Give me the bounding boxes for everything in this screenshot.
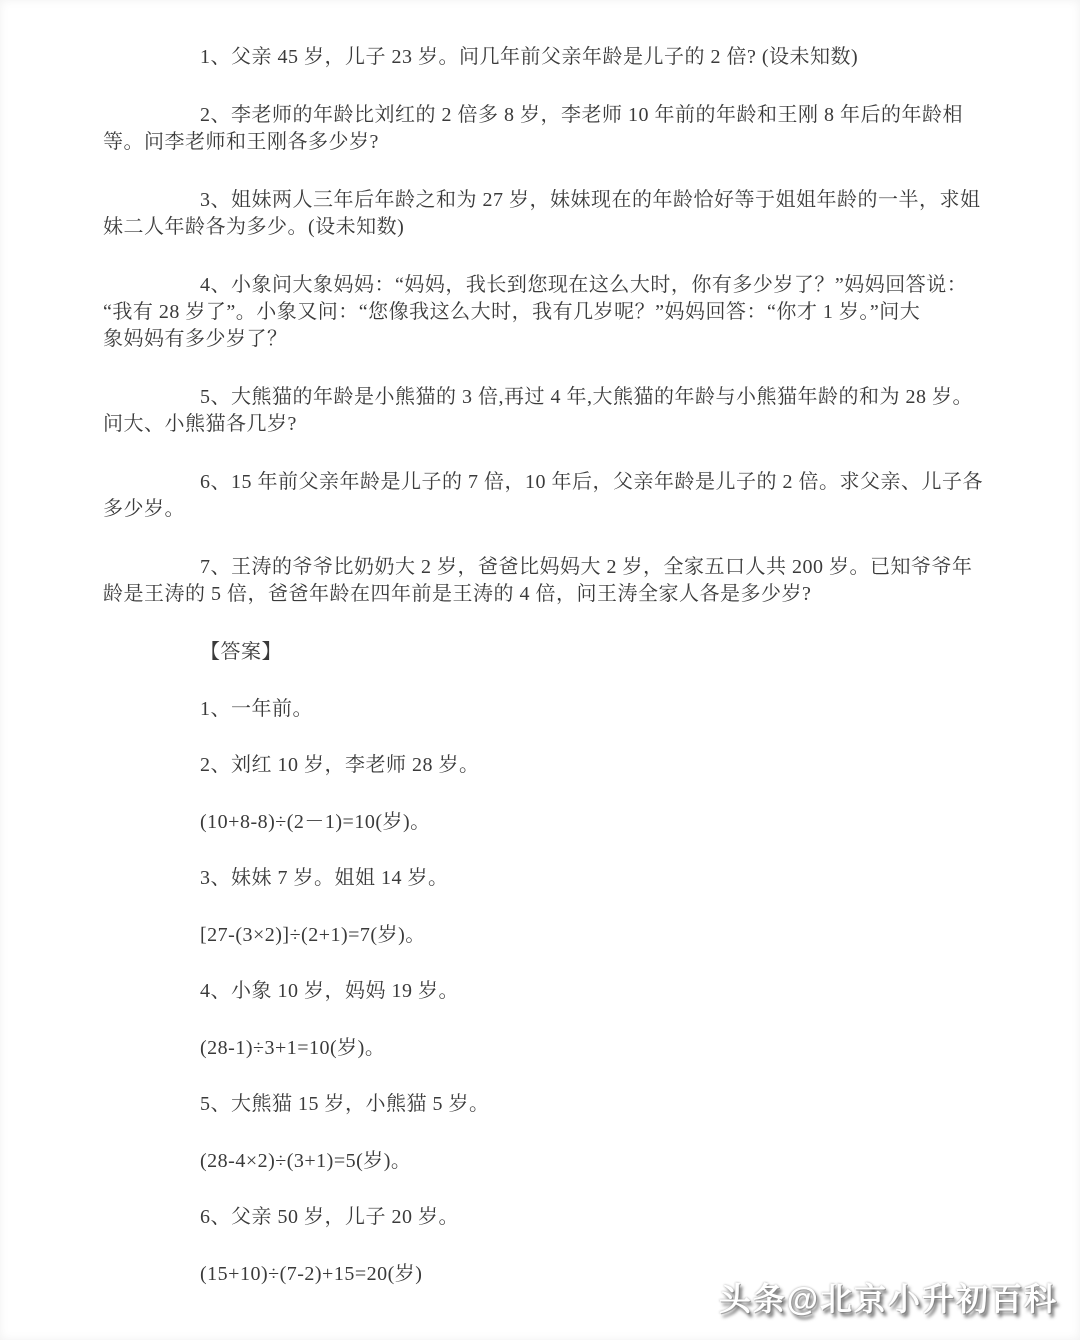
document-page: 1、父亲 45 岁，儿子 23 岁。问几年前父亲年龄是儿子的 2 倍? (设未知… [0,0,1080,1340]
answer-equation-2: (10+8-8)÷(2－1)=10(岁)。 [103,809,963,836]
answer-equation-4: (28-1)÷3+1=10(岁)。 [103,1035,963,1062]
answers-heading: 【答案】 [103,639,963,666]
answer-line-6: 6、父亲 50 岁，儿子 20 岁。 [103,1204,963,1231]
problem-1: 1、父亲 45 岁，儿子 23 岁。问几年前父亲年龄是儿子的 2 倍? (设未知… [103,44,963,71]
answer-line-4: 4、小象 10 岁，妈妈 19 岁。 [103,978,963,1005]
answer-equation-5: (28-4×2)÷(3+1)=5(岁)。 [103,1148,963,1175]
problem-7: 7、王涛的爷爷比奶奶大 2 岁，爸爸比妈妈大 2 岁，全家五口人共 200 岁。… [103,554,963,608]
answer-line-3: 3、妹妹 7 岁。姐姐 14 岁。 [103,865,963,892]
problem-5: 5、大熊猫的年龄是小熊猫的 3 倍,再过 4 年,大熊猫的年龄与小熊猫年龄的和为… [103,384,963,438]
problem-2: 2、李老师的年龄比刘红的 2 倍多 8 岁，李老师 10 年前的年龄和王刚 8 … [103,102,963,156]
problem-3: 3、姐妹两人三年后年龄之和为 27 岁，妹妹现在的年龄恰好等于姐姐年龄的一半，求… [103,187,963,241]
worksheet-content: 1、父亲 45 岁，儿子 23 岁。问几年前父亲年龄是儿子的 2 倍? (设未知… [103,44,963,1317]
answer-equation-3: [27-(3×2)]÷(2+1)=7(岁)。 [103,922,963,949]
problem-6: 6、15 年前父亲年龄是儿子的 7 倍，10 年后，父亲年龄是儿子的 2 倍。求… [103,469,963,523]
problem-4: 4、小象问大象妈妈：“妈妈，我长到您现在这么大时，你有多少岁了？”妈妈回答说： … [103,272,963,353]
answer-line-2: 2、刘红 10 岁，李老师 28 岁。 [103,752,963,779]
answer-line-5: 5、大熊猫 15 岁，小熊猫 5 岁。 [103,1091,963,1118]
toutiao-watermark: 头条@北京小升初百科 [719,1274,1058,1320]
answer-line-1: 1、一年前。 [103,696,963,723]
